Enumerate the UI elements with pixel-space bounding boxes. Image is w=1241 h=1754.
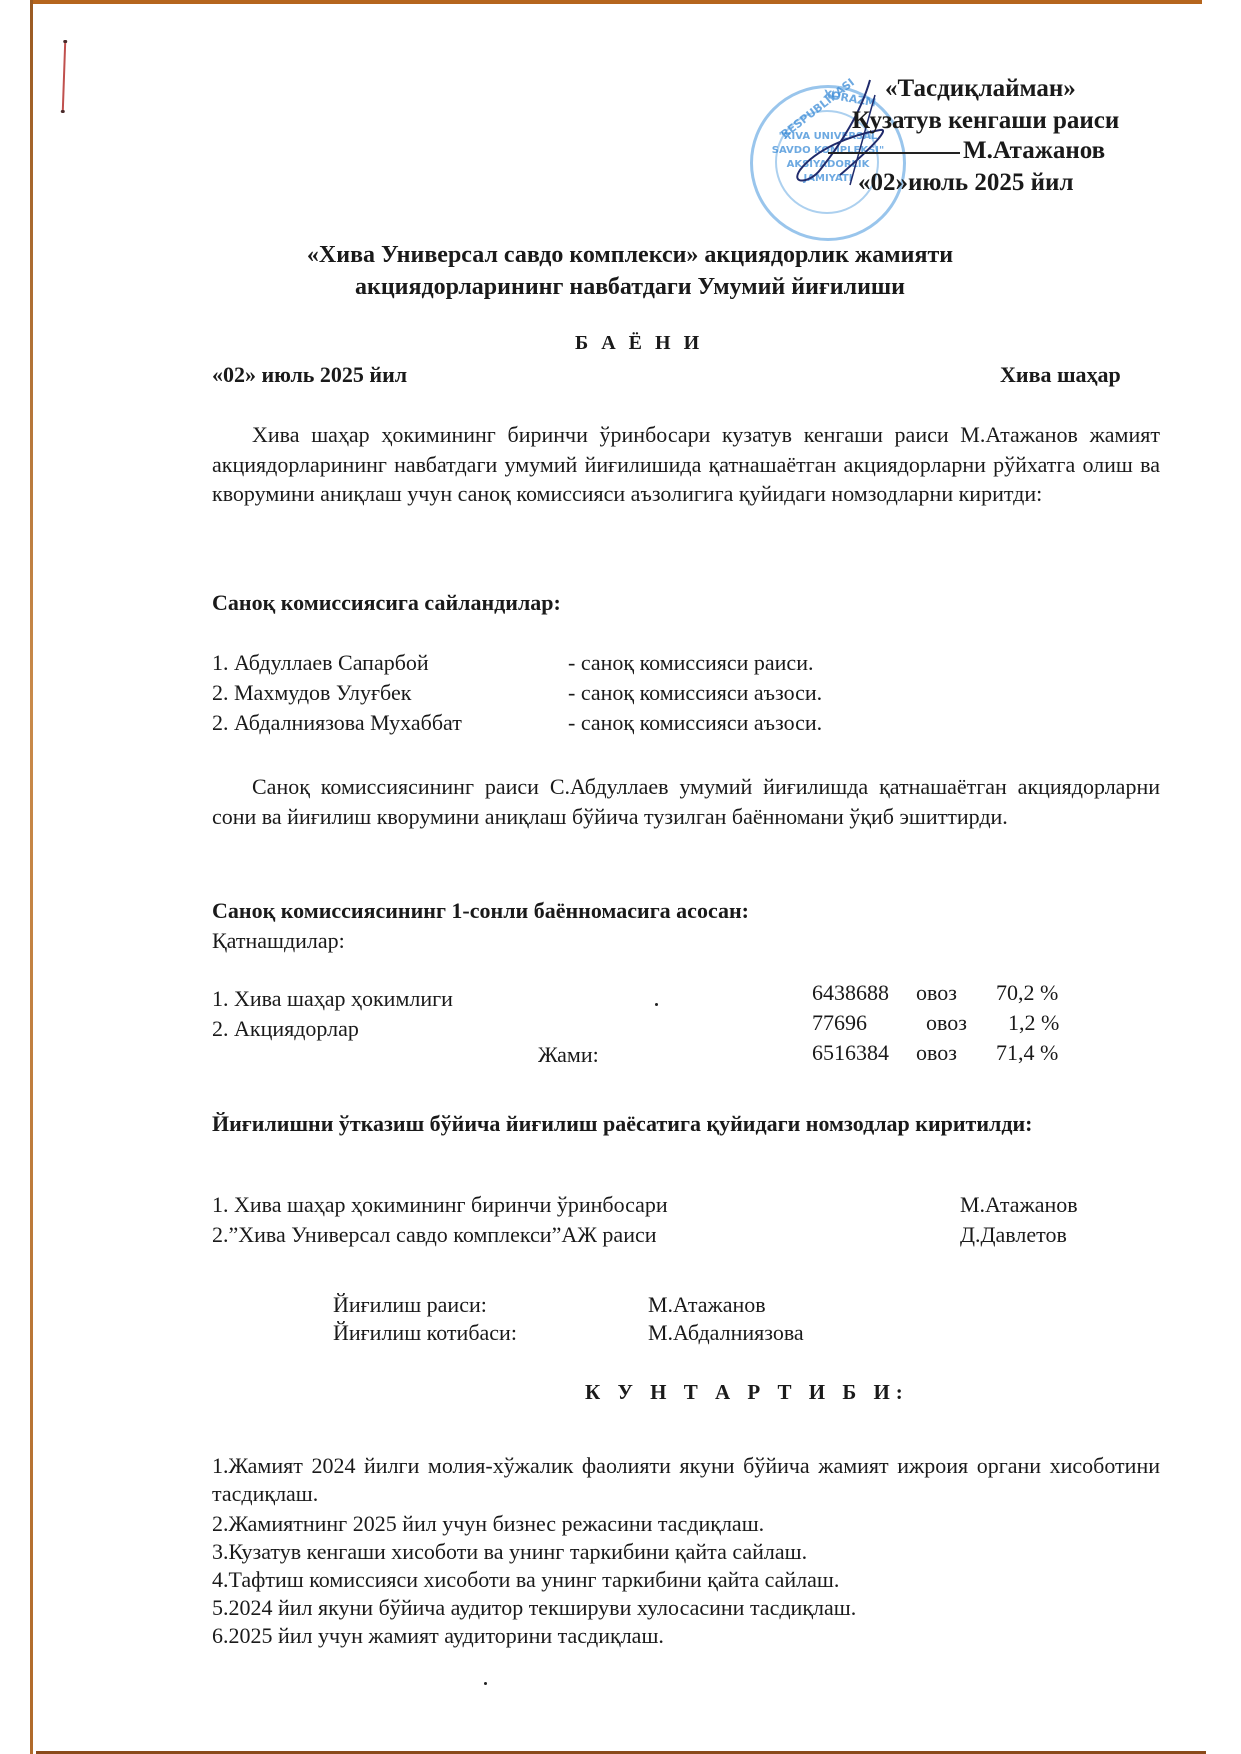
intro-paragraph: Хива шаҳар ҳокимининг биринчи ўринбосари…	[212, 420, 1160, 509]
staple-mark	[62, 40, 67, 113]
attendance-row-unit: овоз	[926, 1008, 967, 1038]
agenda-item: 4.Тафтиш комиссияси хисоботи ва унинг та…	[212, 1566, 839, 1594]
speck	[655, 1003, 658, 1006]
commission-member-name: 2. Махмудов Улуғбек	[212, 678, 411, 708]
page-edge-left	[30, 0, 33, 1754]
speck	[484, 1682, 487, 1685]
page-edge-top	[30, 0, 1202, 4]
attendance-row-unit: овоз	[916, 978, 957, 1008]
attendance-row-percent: 70,2 %	[996, 978, 1058, 1008]
attendance-total-votes: 6516384	[812, 1038, 889, 1068]
agenda-item: 6.2025 йил учун жамият аудиторини тасдиқ…	[212, 1622, 664, 1650]
attendance-total-percent: 71,4 %	[996, 1038, 1058, 1068]
attendance-heading: Саноқ комиссиясининг 1-сонли баённомасиг…	[212, 898, 749, 924]
commission-member-name: 1. Абдуллаев Сапарбой	[212, 648, 429, 678]
document-type: Б А Ё Н И	[575, 332, 703, 355]
agenda-item: 2.Жамиятнинг 2025 йил учун бизнес режаси…	[212, 1510, 764, 1538]
document-title-line-2: акциядорларининг навбатдаги Умумий йиғил…	[200, 272, 1060, 302]
officer-label: Йиғилиш раиси:	[333, 1290, 487, 1320]
chair-paragraph: Саноқ комиссиясининг раиси С.Абдуллаев у…	[212, 772, 1160, 831]
attendance-row-votes: 77696	[812, 1008, 867, 1038]
presidium-member-name: М.Атажанов	[960, 1190, 1078, 1220]
attendance-total-unit: овоз	[916, 1038, 957, 1068]
approval-position: Кузатув кенгаши раиси	[852, 106, 1119, 136]
commission-member-name: 2. Абдалниязова Мухаббат	[212, 708, 462, 738]
agenda-title: К У Н Т А Р Т И Б И:	[585, 1380, 909, 1405]
officer-name: М.Абдалниязова	[648, 1318, 804, 1348]
presidium-member-name: Д.Давлетов	[960, 1220, 1067, 1250]
attendance-row-percent: 1,2 %	[1008, 1008, 1059, 1038]
commission-member-role: - саноқ комиссияси аъзоси.	[568, 708, 822, 738]
agenda-item: 5.2024 йил якуни бўйича аудитор текширув…	[212, 1594, 856, 1622]
attendance-row-label: 1. Хива шаҳар ҳокимлиги	[212, 984, 453, 1014]
document-title-line-1: «Хива Универсал савдо комплекси» акциядо…	[200, 240, 1060, 270]
presidium-member-position: 2.”Хива Универсал савдо комплекси”АЖ раи…	[212, 1220, 657, 1250]
commission-member-role: - саноқ комиссияси раиси.	[568, 648, 813, 678]
document-date: «02» июль 2025 йил	[212, 360, 407, 390]
attendance-subheading: Қатнашдилар:	[212, 926, 345, 956]
officer-label: Йиғилиш котибаси:	[333, 1318, 517, 1348]
attendance-row-votes: 6438688	[812, 978, 889, 1008]
commission-member-role: - саноқ комиссияси аъзоси.	[568, 678, 822, 708]
counting-commission-heading: Саноқ комиссиясига сайландилар:	[212, 590, 561, 616]
approval-title: «Тасдиқлайман»	[885, 74, 1076, 104]
officer-name: М.Атажанов	[648, 1290, 766, 1320]
agenda-item: 1.Жамият 2024 йилги молия-хўжалик фаолия…	[212, 1452, 1160, 1508]
approval-date: «02»июль 2025 йил	[858, 168, 1073, 198]
attendance-total-label: Жами:	[538, 1040, 599, 1070]
document-place: Хива шаҳар	[1000, 360, 1121, 390]
presidium-heading: Йиғилишни ўтказиш бўйича йиғилиш раёсати…	[212, 1108, 1160, 1140]
approval-name: М.Атажанов	[963, 136, 1105, 166]
agenda-item: 3.Кузатув кенгаши хисоботи ва унинг тарк…	[212, 1538, 807, 1566]
attendance-row-label: 2. Акциядорлар	[212, 1014, 359, 1044]
signature-line	[828, 152, 960, 154]
presidium-member-position: 1. Хива шаҳар ҳокимининг биринчи ўринбос…	[212, 1190, 668, 1220]
